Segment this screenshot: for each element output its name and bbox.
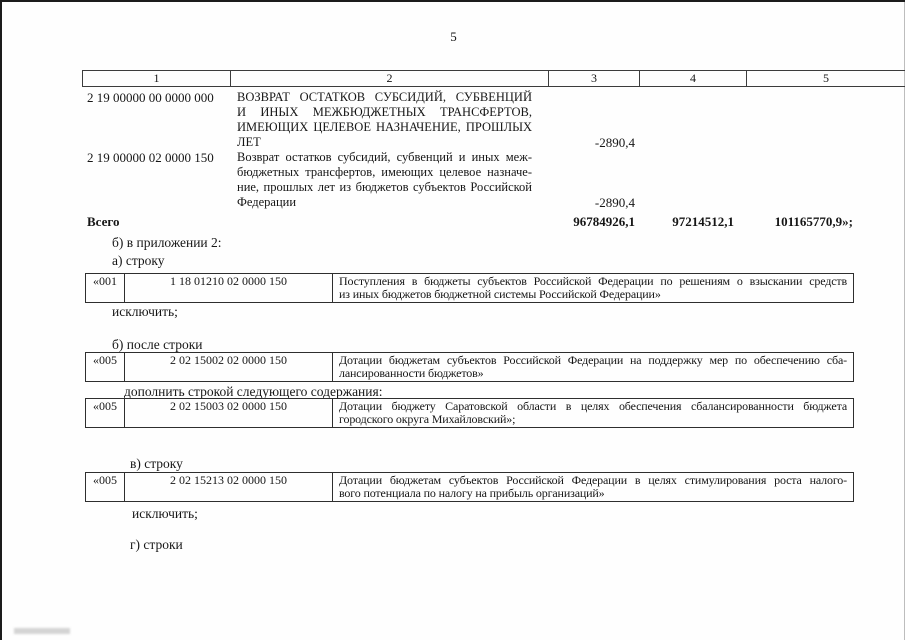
total-row: Всего 96784926,1 97214512,1 101165770,9»… [82,214,905,229]
total-spacer [230,214,548,229]
row-code: 2 02 15213 02 0000 150 [125,473,333,501]
row-text: Поступления в бюджеты субъектов Российск… [333,274,853,302]
sub-item-b-label: б) после строки [112,338,203,352]
row-text: Дотации бюджету Саратовской области в це… [333,399,853,427]
row-num: «001 [86,274,125,302]
table-row: 2 19 00000 02 0000 150 Возврат остатков … [82,150,905,210]
row-code: 2 19 00000 02 0000 150 [82,150,230,165]
row-num: «005 [86,399,125,427]
sub-item-a-label: а) строку [112,254,165,268]
total-col3: 96784926,1 [548,214,639,229]
main-table-header: 1 2 3 4 5 [82,70,905,87]
row-code: 2 02 15003 02 0000 150 [125,399,333,427]
total-col5: 101165770,9»; [746,214,905,229]
main-table: 1 2 3 4 5 2 19 00000 00 0000 000 ВОЗВРАТ… [82,70,905,229]
sub-item-v-label: в) строку [130,457,183,471]
row-num: «005 [86,353,125,381]
column-header-5: 5 [747,71,905,86]
page-number: 5 [2,29,905,45]
append-line-label: дополнить строкой следующего содержания: [124,385,382,399]
row-name: Возврат остатков субсидий, субвенций и и… [230,150,548,210]
scan-artifact [14,628,70,634]
row-amount: -2890,4 [548,135,639,150]
row-code: 2 19 00000 00 0000 000 [82,90,230,105]
amendment-table-row-v: «005 2 02 15213 02 0000 150 Дотации бюдж… [85,472,854,502]
total-col4: 97214512,1 [639,214,746,229]
row-code: 1 18 01210 02 0000 150 [125,274,333,302]
row-code: 2 02 15002 02 0000 150 [125,353,333,381]
column-header-1: 1 [83,71,231,86]
exclude-label: исключить; [112,305,178,319]
row-amount: -2890,4 [548,195,639,210]
appendix-intro-label: б) в приложении 2: [112,236,222,250]
row-text: Дотации бюджетам субъектов Российской Фе… [333,353,853,381]
row-num: «005 [86,473,125,501]
row-name: ВОЗВРАТ ОСТАТКОВ СУБСИДИЙ, СУБВЕНЦИЙИ ИН… [230,90,548,150]
amendment-table-row-a: «001 1 18 01210 02 0000 150 Поступления … [85,273,854,303]
total-label: Всего [82,214,230,229]
column-header-2: 2 [231,71,549,86]
main-table-body: 2 19 00000 00 0000 000 ВОЗВРАТ ОСТАТКОВ … [82,87,905,229]
column-header-3: 3 [549,71,640,86]
document-page: 5 1 2 3 4 5 2 19 00000 00 0000 000 ВОЗВР… [0,0,905,640]
amendment-table-row-b2: «005 2 02 15003 02 0000 150 Дотации бюдж… [85,398,854,428]
column-header-4: 4 [640,71,747,86]
exclude-label: исключить; [132,507,198,521]
row-text: Дотации бюджетам субъектов Российской Фе… [333,473,853,501]
table-row: 2 19 00000 00 0000 000 ВОЗВРАТ ОСТАТКОВ … [82,90,905,150]
amendment-table-row-b1: «005 2 02 15002 02 0000 150 Дотации бюдж… [85,352,854,382]
sub-item-g-label: г) строки [130,538,183,552]
